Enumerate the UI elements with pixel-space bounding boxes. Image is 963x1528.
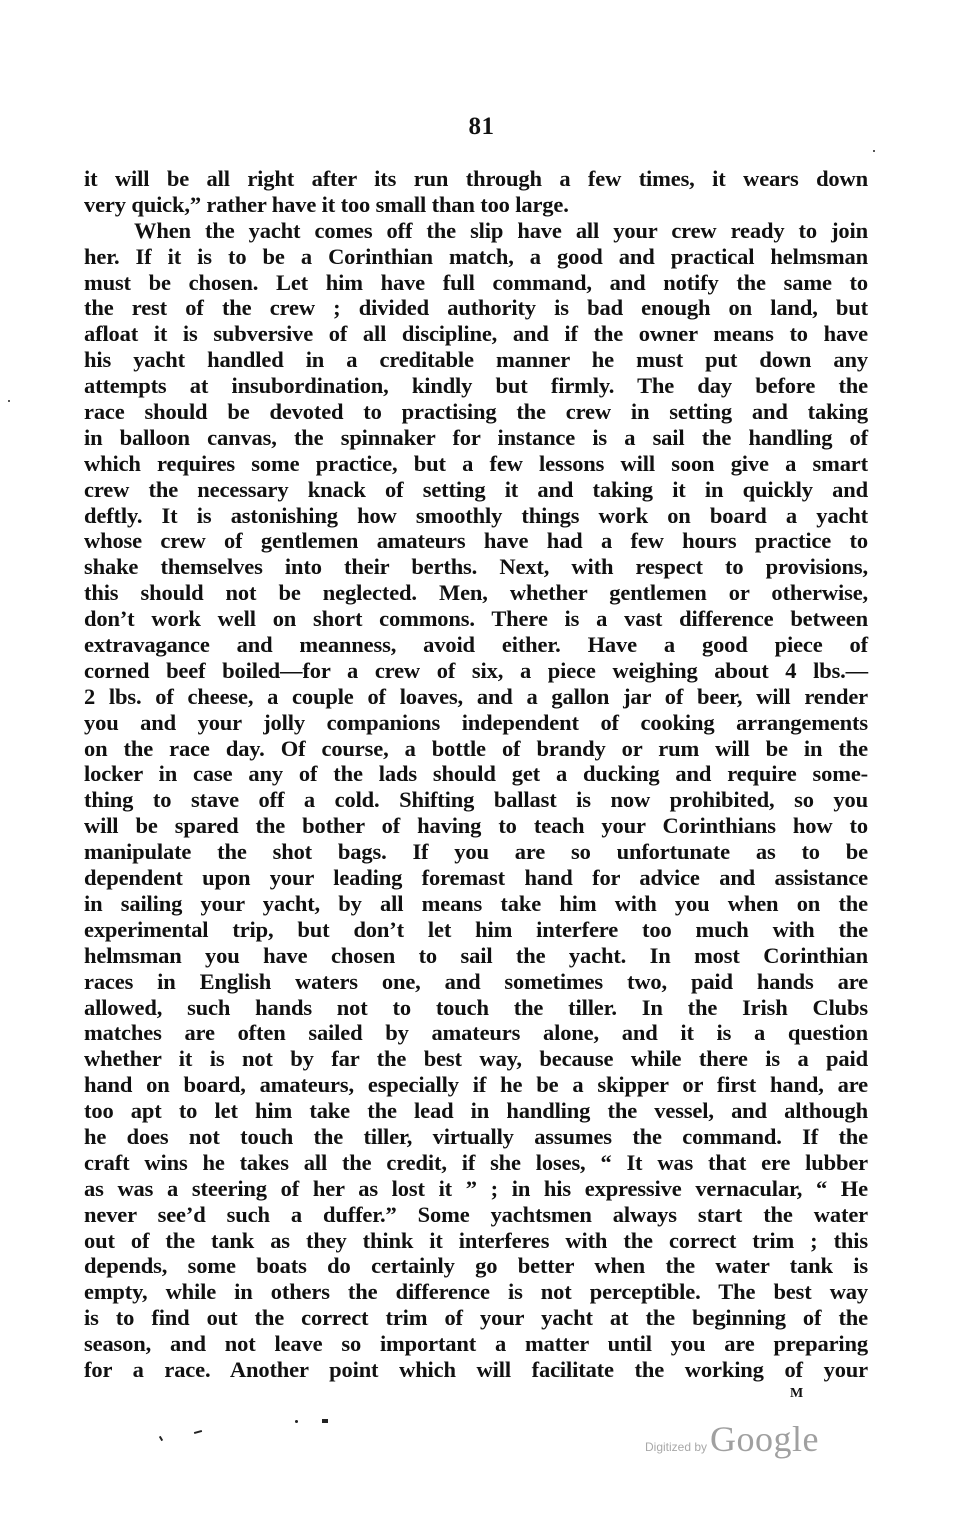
scan-speck: [8, 400, 10, 402]
text-line: depends, some boats do certainly go bett…: [84, 1253, 868, 1279]
text-line: is to find out the correct trim of your …: [84, 1305, 868, 1331]
text-line: whose crew of gentlemen amateurs have ha…: [84, 528, 868, 554]
text-line: thing to stave off a cold. Shifting ball…: [84, 787, 868, 813]
google-logo-text: Google: [710, 1418, 819, 1460]
text-line: deftly. It is astonishing how smoothly t…: [84, 503, 868, 529]
text-line: very quick,” rather have it too small th…: [84, 192, 868, 218]
text-line: in balloon canvas, the spinnaker for ins…: [84, 425, 868, 451]
watermark-prefix: Digitized by: [645, 1440, 707, 1454]
scan-speck: [194, 1430, 202, 1434]
text-line: craft wins he takes all the credit, if s…: [84, 1150, 868, 1176]
text-line: too apt to let him take the lead in hand…: [84, 1098, 868, 1124]
text-line: experimental trip, but don’t let him int…: [84, 917, 868, 943]
body-text: it will be all right after its run throu…: [84, 166, 868, 1383]
text-line: it will be all right after its run throu…: [84, 166, 868, 192]
text-line: the rest of the crew ; divided authority…: [84, 295, 868, 321]
text-line: afloat it is subversive of all disciplin…: [84, 321, 868, 347]
text-line: manipulate the shot bags. If you are so …: [84, 839, 868, 865]
text-line: dependent upon your leading foremast han…: [84, 865, 868, 891]
text-line: on the race day. Of course, a bottle of …: [84, 736, 868, 762]
scan-speck: [873, 150, 875, 152]
text-line: will be spared the bother of having to t…: [84, 813, 868, 839]
text-line: this should not be neglected. Men, wheth…: [84, 580, 868, 606]
text-line: shake themselves into their berths. Next…: [84, 554, 868, 580]
text-line: season, and not leave so important a mat…: [84, 1331, 868, 1357]
text-line: locker in case any of the lads should ge…: [84, 761, 868, 787]
scan-speck: [295, 1420, 298, 1423]
text-line: as was a steering of her as lost it ” ; …: [84, 1176, 868, 1202]
text-line: attempts at insubordination, kindly but …: [84, 373, 868, 399]
text-line: don’t work well on short commons. There …: [84, 606, 868, 632]
text-line: matches are often sailed by amateurs alo…: [84, 1020, 868, 1046]
text-line: his yacht handled in a creditable manner…: [84, 347, 868, 373]
signature-mark: M: [790, 1386, 803, 1402]
page-number: 81: [0, 113, 963, 141]
text-line: helmsman you have chosen to sail the yac…: [84, 943, 868, 969]
text-line: 2 lbs. of cheese, a couple of loaves, an…: [84, 684, 868, 710]
text-line: When the yacht comes off the slip have a…: [84, 218, 868, 244]
scan-speck: [159, 1436, 163, 1441]
text-line: crew the necessary knack of setting it a…: [84, 477, 868, 503]
text-line: out of the tank as they think it interfe…: [84, 1228, 868, 1254]
text-line: whether it is not by far the best way, b…: [84, 1046, 868, 1072]
text-line: in sailing your yacht, by all means take…: [84, 891, 868, 917]
text-line: never see’d such a duffer.” Some yachtsm…: [84, 1202, 868, 1228]
text-line: extravagance and meanness, avoid either.…: [84, 632, 868, 658]
text-line: which requires some practice, but a few …: [84, 451, 868, 477]
text-line: must be chosen. Let him have full comman…: [84, 270, 868, 296]
text-line: he does not touch the tiller, virtually …: [84, 1124, 868, 1150]
text-line: for a race. Another point which will fac…: [84, 1357, 868, 1383]
text-line: corned beef boiled—for a crew of six, a …: [84, 658, 868, 684]
text-line: allowed, such hands not to touch the til…: [84, 995, 868, 1021]
text-line: hand on board, amateurs, especially if h…: [84, 1072, 868, 1098]
text-line: empty, while in others the difference is…: [84, 1279, 868, 1305]
text-line: races in English waters one, and sometim…: [84, 969, 868, 995]
text-line: her. If it is to be a Corinthian match, …: [84, 244, 868, 270]
scan-speck: [322, 1419, 328, 1423]
digitized-by-google-watermark: Digitized by Google: [645, 1418, 819, 1460]
text-line: you and your jolly companions independen…: [84, 710, 868, 736]
text-line: race should be devoted to practising the…: [84, 399, 868, 425]
